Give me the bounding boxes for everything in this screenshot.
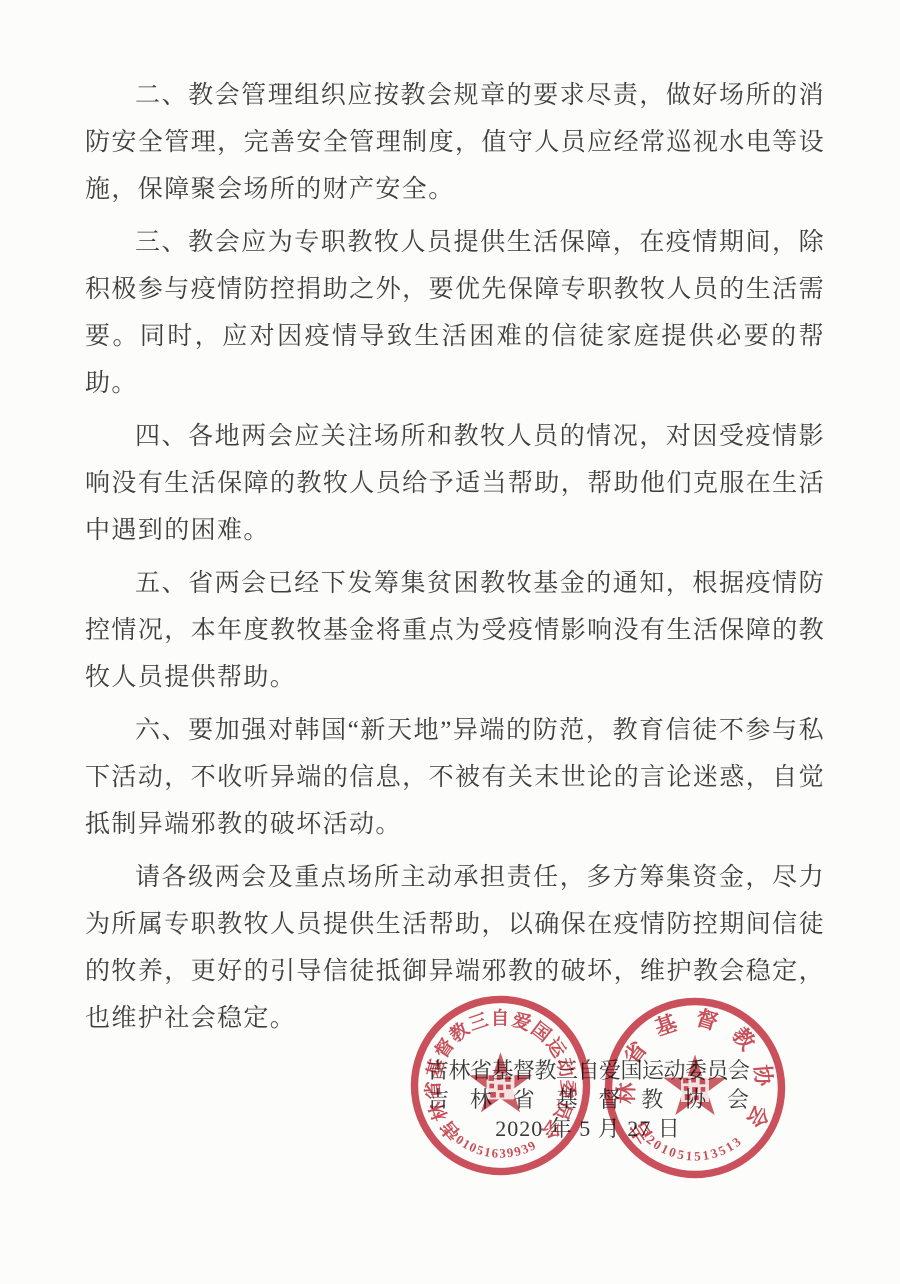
security-pattern bbox=[681, 1076, 709, 1102]
scanned-document-page: 二、教会管理组织应按教会规章的要求尽责，做好场所的消防安全管理，完善安全管理制度… bbox=[0, 0, 900, 1284]
security-pattern bbox=[487, 1073, 515, 1099]
official-seal-committee: 吉林省基督教三自爱国运动委员会 2201051639939 bbox=[408, 993, 593, 1178]
document-body: 二、教会管理组织应按教会规章的要求尽责，做好场所的消防安全管理，完善安全管理制度… bbox=[85, 72, 825, 1048]
paragraph-4: 四、各地两会应关注场所和教牧人员的情况，对因受疫情影响没有生活保障的教牧人员给予… bbox=[85, 413, 825, 554]
paragraph-5: 五、省两会已经下发筹集贫困教牧基金的通知，根据疫情防控情况，本年度教牧基金将重点… bbox=[85, 560, 825, 701]
paragraph-6: 六、要加强对韩国“新天地”异端的防范，教育信徒不参与私下活动，不收听异端的信息，… bbox=[85, 707, 825, 848]
official-seal-association: 吉林省基督教协会 2201051513513 bbox=[602, 995, 788, 1181]
paragraph-3: 三、教会应为专职教牧人员提供生活保障，在疫情期间，除积极参与疫情防控捐助之外，要… bbox=[85, 219, 825, 407]
paragraph-2: 二、教会管理组织应按教会规章的要求尽责，做好场所的消防安全管理，完善安全管理制度… bbox=[85, 72, 825, 213]
